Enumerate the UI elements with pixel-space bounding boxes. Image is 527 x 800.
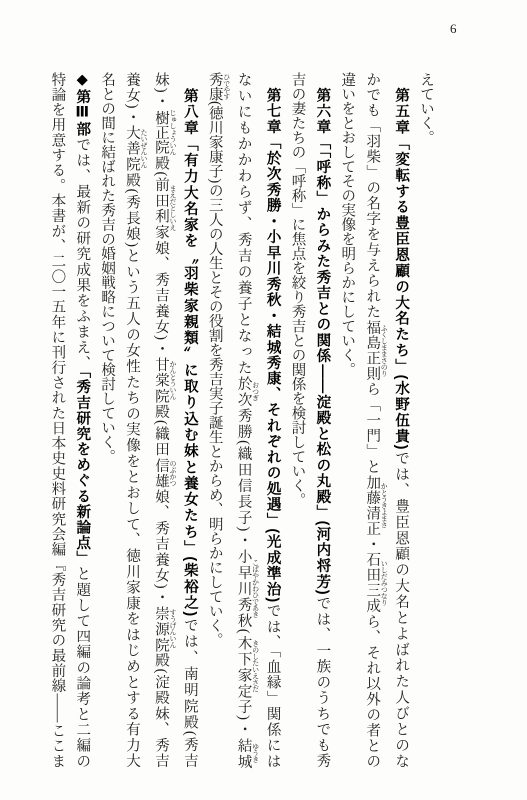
ruby-annotation: 結城ゆうき xyxy=(236,738,252,769)
text-column: かでも「羽柴」の名字を与えられた福島正則ふくしままさのりら「一門」と加藤清正かと… xyxy=(359,72,388,768)
ruby-annotation: 前田利家まえだとしいえ xyxy=(153,176,169,240)
text-run: では、一族のうちでも秀 xyxy=(314,595,330,768)
ruby-annotation: 大善院たいぜんいん xyxy=(124,125,140,172)
text-run: では、最新の研究成果をふまえ、 xyxy=(74,137,90,371)
text-run: 吉の妻たちの「呼称」に焦点を絞り秀吉との関係を検討していく。 xyxy=(289,72,305,507)
text-run: 妹)・ xyxy=(153,72,169,110)
text-run: ないにもかかわらず、秀吉の養子となった xyxy=(236,72,252,376)
text-run: 第八章「有力大名家を〝羽柴家親類〟に取り込む妹と養女たち」(柴裕之) xyxy=(182,88,198,616)
text-run: ら、それ以外の者との xyxy=(364,614,380,768)
text-run: と題して四編の論考と二編の xyxy=(74,566,90,768)
text-column: ◆第Ⅲ部では、最新の研究成果をふまえ、「秀吉研究をめぐる新論点」と題して四編の論… xyxy=(69,72,94,768)
text-run: 第六章「「呼称」からみた秀吉との関係――淀殿と松の丸殿」(河内将芳) xyxy=(314,88,330,595)
text-run: (徳川家康子)の三人の人生とその役割を秀吉実子誕生とからめ、明らかにしていく。 xyxy=(207,101,223,647)
text-column: 特論を用意する。本書が、二〇一五年に刊行された日本史史料研究会編『秀吉研究の最前… xyxy=(44,72,69,768)
text-column: 名との間に結ばれた秀吉の婚姻戦略について検討していく。 xyxy=(94,72,119,768)
text-run xyxy=(265,72,281,88)
text-run: 秀勝(織田信長子)・ xyxy=(236,408,252,549)
text-block: えていく。 第五章「変転する豊臣恩顧の大名たち」(水野伍貴)では、豊臣恩顧の大名… xyxy=(64,72,438,787)
ruby-annotation: 加藤清正かとうきよまさ xyxy=(364,475,380,537)
ruby-annotation: 石田三成いしだみつなり xyxy=(364,552,380,614)
text-run: 娘、秀吉養女)・ xyxy=(153,241,169,357)
text-run: かでも「羽柴」の名字を与えられた xyxy=(364,72,380,320)
book-page: 6 えていく。 第五章「変転する豊臣恩顧の大名たち」(水野伍貴)では、豊臣恩顧の… xyxy=(0,0,527,800)
text-run xyxy=(314,72,330,88)
text-run: ・ xyxy=(364,537,380,553)
text-run: 殿(淀殿妹、秀吉 xyxy=(153,653,169,768)
text-run: 名との間に結ばれた秀吉の婚姻戦略について検討していく。 xyxy=(99,72,115,464)
page-number: 6 xyxy=(450,21,457,37)
text-run: 殿(織田 xyxy=(153,404,169,457)
text-run: 第七章「於次秀勝・小早川秀秋・結城秀康、それぞれの処遇」(光成準治) xyxy=(265,88,281,602)
text-run: 「秀吉研究をめぐる新論点」 xyxy=(74,371,90,566)
text-run: ら「一門」と xyxy=(364,382,380,475)
ruby-annotation: 福島正則ふくしままさのり xyxy=(364,320,380,382)
text-run: では、南明院殿(秀吉 xyxy=(182,616,198,768)
text-run: ◆第Ⅲ部 xyxy=(74,72,90,137)
text-column: 違いをとおしてその実像を明らかにしていく。 xyxy=(334,72,359,768)
text-column: 養女)・大善院たいぜんいん殿(秀長娘)という五人の女性たちの実像をとおして、徳川… xyxy=(119,72,148,768)
text-run: 特論を用意する。本書が、二〇一五年に刊行された日本史史料研究会編『秀吉研究の最前… xyxy=(49,72,65,768)
ruby-annotation: 甘棠院かんとういん xyxy=(153,357,169,404)
ruby-annotation: 樹正院じゅしょういん xyxy=(153,110,169,155)
text-run: えていく。 xyxy=(418,72,434,145)
ruby-annotation: 木下家定きのしたいえさだ xyxy=(236,634,252,700)
ruby-annotation: 信雄のぶかつ xyxy=(153,458,169,490)
text-run: 殿(秀長娘)という五人の女性たちの実像をとおして、徳川家康をはじめとする有力大 xyxy=(124,173,140,768)
text-run: では、豊臣恩顧の大名とよばれた人びとのな xyxy=(393,449,409,768)
text-column: 妹)・樹正院じゅしょういん殿(前田利家まえだとしいえ娘、秀吉養女)・甘棠院かんと… xyxy=(148,72,177,768)
text-run: 娘、秀吉養女)・ xyxy=(153,489,169,605)
text-column: 第七章「於次秀勝・小早川秀秋・結城秀康、それぞれの処遇」(光成準治)では、「血縁… xyxy=(260,72,285,768)
text-column: 秀康ひでやす(徳川家康子)の三人の人生とその役割を秀吉実子誕生とからめ、明らかに… xyxy=(202,72,231,768)
text-run: 養女)・ xyxy=(124,72,140,125)
text-column: 第八章「有力大名家を〝羽柴家親類〟に取り込む妹と養女たち」(柴裕之)では、南明院… xyxy=(177,72,202,768)
text-run xyxy=(393,72,409,88)
ruby-annotation: 秀康ひでやす xyxy=(207,72,223,101)
text-column: 第五章「変転する豊臣恩顧の大名たち」(水野伍貴)では、豊臣恩顧の大名とよばれた人… xyxy=(388,72,413,768)
ruby-annotation: 於次おつぎ xyxy=(236,376,252,408)
text-column: 第六章「「呼称」からみた秀吉との関係――淀殿と松の丸殿」(河内将芳)では、一族の… xyxy=(309,72,334,768)
ruby-annotation: 崇源院すうげんいん xyxy=(153,606,169,653)
text-run: 殿( xyxy=(153,154,169,176)
text-run: では、「血縁」関係には xyxy=(265,602,281,768)
text-run: 第五章「変転する豊臣恩顧の大名たち」(水野伍貴) xyxy=(393,88,409,450)
text-column: えていく。 xyxy=(413,72,438,768)
text-run: 子)・ xyxy=(236,699,252,737)
text-run xyxy=(182,72,198,88)
ruby-annotation: 小早川秀秋こばやかわひであき xyxy=(236,549,252,629)
text-run: 違いをとおしてその実像を明らかにしていく。 xyxy=(339,72,355,377)
text-column: 吉の妻たちの「呼称」に焦点を絞り秀吉との関係を検討していく。 xyxy=(285,72,310,768)
text-column: ないにもかかわらず、秀吉の養子となった於次おつぎ秀勝(織田信長子)・小早川秀秋こ… xyxy=(231,72,260,768)
